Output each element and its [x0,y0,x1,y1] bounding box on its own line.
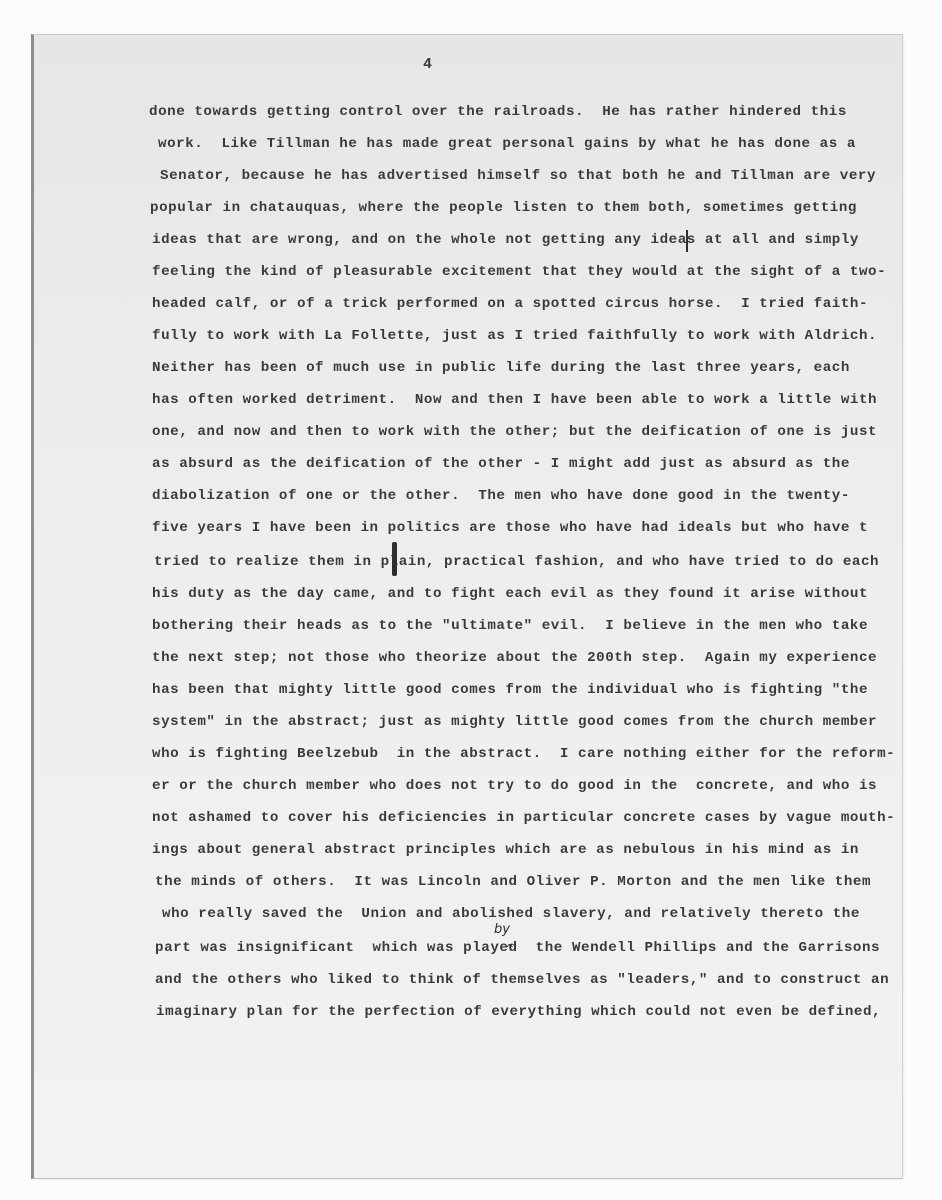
text-line: who really saved the Union and abolished… [162,905,860,923]
text-line: has often worked detriment. Now and then… [152,391,877,409]
text-line: part was insignificant which was played … [155,939,880,957]
text-line: imaginary plan for the perfection of eve… [156,1003,881,1021]
scanned-document: 4 done towards getting control over the … [0,0,942,1200]
text-line: headed calf, or of a trick performed on … [152,295,868,313]
page-number: 4 [423,56,432,73]
text-line: feeling the kind of pleasurable exciteme… [152,263,886,281]
text-line: has been that mighty little good comes f… [152,681,868,699]
text-line: Neither has been of much use in public l… [152,359,850,377]
text-line: as absurd as the deification of the othe… [152,455,850,473]
text-line: work. Like Tillman he has made great per… [158,135,856,153]
ink-correction-mark-plain [392,542,397,576]
ink-correction-mark-at-all [686,230,688,252]
text-line: the minds of others. It was Lincoln and … [155,873,871,891]
text-line: Senator, because he has advertised himse… [160,167,876,185]
text-line: diabolization of one or the other. The m… [152,487,850,505]
text-line: five years I have been in politics are t… [152,519,868,537]
text-line: who is fighting Beelzebub in the abstrac… [152,745,895,763]
text-line: and the others who liked to think of the… [155,971,889,989]
text-line: fully to work with La Follette, just as … [152,327,877,345]
text-line: ings about general abstract principles w… [152,841,859,859]
text-line: system" in the abstract; just as mighty … [152,713,877,731]
text-line: popular in chatauquas, where the people … [150,199,857,217]
text-line: bothering their heads as to the "ultimat… [152,617,868,635]
text-line: er or the church member who does not try… [152,777,877,795]
text-line: done towards getting control over the ra… [149,103,847,121]
insertion-caret-icon: ^ [505,942,514,955]
handwritten-by-annotation: by [494,922,510,937]
text-line: the next step; not those who theorize ab… [152,649,877,667]
text-line: his duty as the day came, and to fight e… [152,585,868,603]
text-line: tried to realize them in plain, practica… [154,553,879,571]
text-line: one, and now and then to work with the o… [152,423,877,441]
text-line: not ashamed to cover his deficiencies in… [152,809,895,827]
text-line: ideas that are wrong, and on the whole n… [152,231,859,249]
